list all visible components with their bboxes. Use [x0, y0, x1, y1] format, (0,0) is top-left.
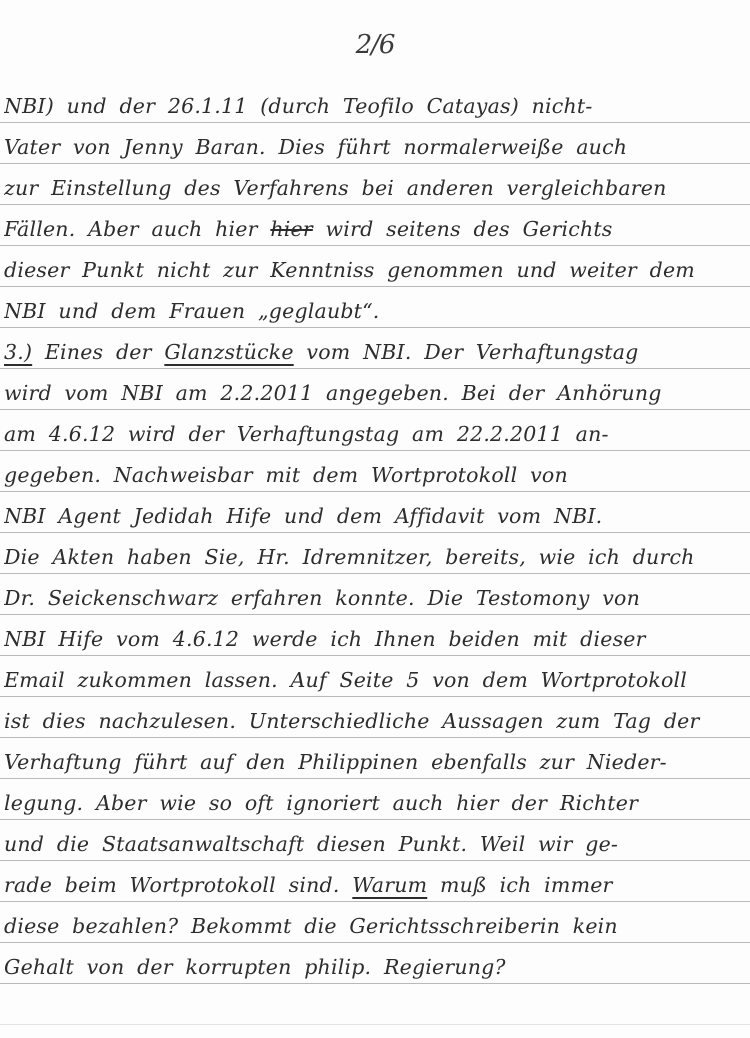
page-number: 2/6: [0, 30, 750, 60]
text-segment: Die Akten haben Sie, Hr. Idremnitzer,: [4, 545, 445, 569]
text-line: gegeben. Nachweisbar mit dem Wortprotoko…: [4, 457, 748, 493]
text-segment: Dr. Seickenschwarz erfahren konnte. Die …: [4, 586, 640, 610]
text-segment: muß ich immer: [427, 873, 612, 897]
text-line: 3.) Eines der Glanzstücke vom NBI. Der V…: [4, 334, 748, 370]
text-segment: bereits: [445, 545, 519, 569]
text-segment: dieser Punkt nicht zur Kenntniss genomme…: [4, 258, 695, 282]
underlined-text: Warum: [352, 873, 427, 897]
underlined-text: Glanzstücke: [164, 340, 293, 364]
struck-text: hier: [270, 217, 313, 241]
text-segment: wird seitens des Gerichts: [313, 217, 613, 241]
text-line: zur Einstellung des Verfahrens bei ander…: [4, 170, 748, 206]
text-line: legung. Aber wie so oft ignoriert auch h…: [4, 785, 748, 821]
text-segment: ist dies nachzulesen. Unterschiedliche A…: [4, 709, 699, 733]
text-segment: , wie ich durch: [519, 545, 694, 569]
text-segment: und die Staatsanwaltschaft diesen Punkt.…: [4, 832, 618, 856]
text-segment: zur Einstellung des Verfahrens bei ander…: [4, 176, 667, 200]
text-segment: vom NBI. Der Verhaftungstag: [294, 340, 639, 364]
text-line: ist dies nachzulesen. Unterschiedliche A…: [4, 703, 748, 739]
text-line: und die Staatsanwaltschaft diesen Punkt.…: [4, 826, 748, 862]
text-segment: rade beim Wortprotokoll sind.: [4, 873, 352, 897]
text-line: Die Akten haben Sie, Hr. Idremnitzer, be…: [4, 539, 748, 575]
text-line: NBI und dem Frauen „geglaubt“.: [4, 293, 748, 329]
text-segment: gegeben. Nachweisbar mit dem Wortprotoko…: [4, 463, 568, 487]
text-line: Vater von Jenny Baran. Dies führt normal…: [4, 129, 748, 165]
text-segment: NBI Hife vom 4.6.12 werde ich Ihnen beid…: [4, 627, 646, 651]
text-line: Dr. Seickenschwarz erfahren konnte. Die …: [4, 580, 748, 616]
text-segment: Verhaftung führt auf den Philippinen ebe…: [4, 750, 667, 774]
text-segment: Email zukommen lassen. Auf Seite 5 von d…: [4, 668, 687, 692]
text-line: wird vom NBI am 2.2.2011 angegeben. Bei …: [4, 375, 748, 411]
ruled-line: [0, 1024, 750, 1025]
text-line: NBI) und der 26.1.11 (durch Teofilo Cata…: [4, 88, 748, 124]
text-segment: diese bezahlen? Bekommt die Gerichtsschr…: [4, 914, 618, 938]
text-segment: Fällen. Aber auch hier: [4, 217, 270, 241]
text-line: diese bezahlen? Bekommt die Gerichtsschr…: [4, 908, 748, 944]
text-line: Fällen. Aber auch hier hier wird seitens…: [4, 211, 748, 247]
text-segment: NBI Agent Jedidah Hife und dem Affidavit…: [4, 504, 602, 528]
text-segment: Gehalt von der korrupten philip. Regieru…: [4, 955, 506, 979]
text-segment: Vater von Jenny Baran. Dies führt normal…: [4, 135, 627, 159]
text-line: NBI Hife vom 4.6.12 werde ich Ihnen beid…: [4, 621, 748, 657]
underlined-text: 3.): [4, 340, 32, 364]
letter-page: 2/6 NBI) und der 26.1.11 (durch Teofilo …: [0, 0, 750, 1038]
text-line: Gehalt von der korrupten philip. Regieru…: [4, 949, 748, 985]
text-segment: NBI und dem Frauen „geglaubt“.: [4, 299, 380, 323]
text-line: NBI Agent Jedidah Hife und dem Affidavit…: [4, 498, 748, 534]
text-line: Email zukommen lassen. Auf Seite 5 von d…: [4, 662, 748, 698]
text-segment: NBI) und der 26.1.11 (durch Teofilo Cata…: [4, 94, 592, 118]
text-segment: legung. Aber wie so oft ignoriert auch h…: [4, 791, 638, 815]
text-line: rade beim Wortprotokoll sind. Warum muß …: [4, 867, 748, 903]
text-line: am 4.6.12 wird der Verhaftungstag am 22.…: [4, 416, 748, 452]
text-segment: Eines der: [32, 340, 164, 364]
text-segment: am 4.6.12 wird der Verhaftungstag am 22.…: [4, 422, 609, 446]
text-segment: wird vom NBI am 2.2.2011 angegeben. Bei …: [4, 381, 662, 405]
text-line: dieser Punkt nicht zur Kenntniss genomme…: [4, 252, 748, 288]
text-line: Verhaftung führt auf den Philippinen ebe…: [4, 744, 748, 780]
